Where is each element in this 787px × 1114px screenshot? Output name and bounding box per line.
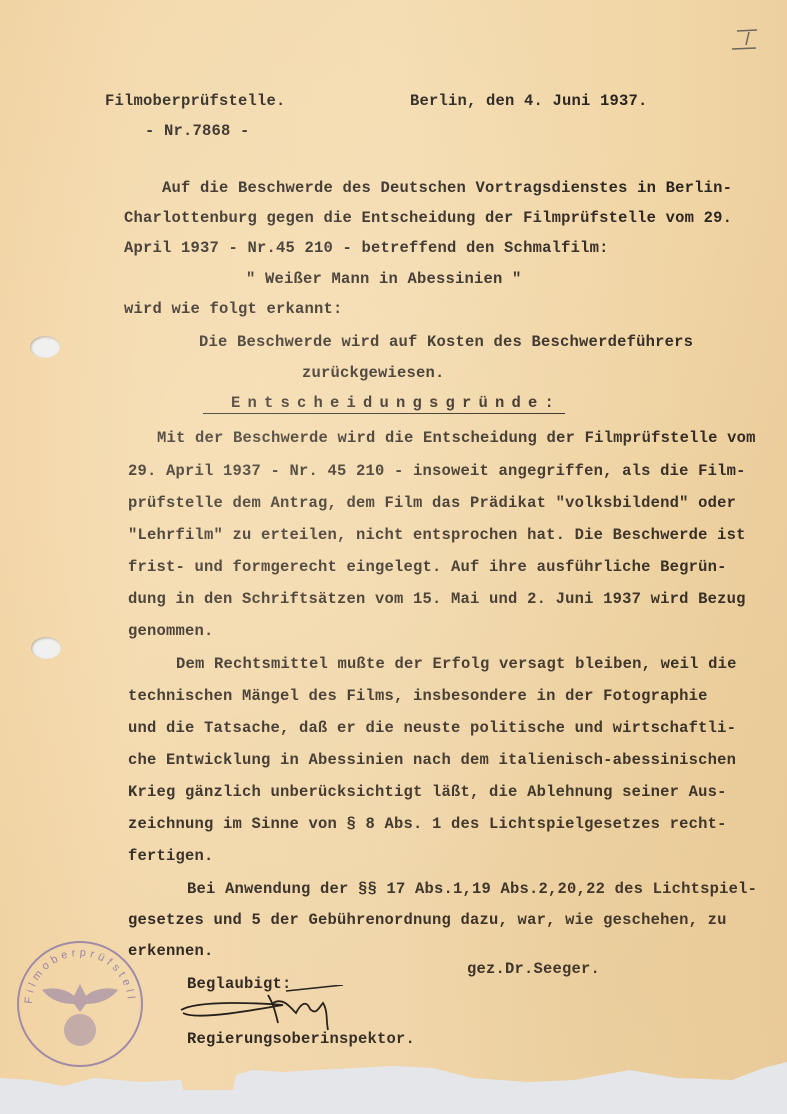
certifier-title: Regierungsoberinspektor. [187,1030,415,1048]
reasons-heading: Entscheidungsgründe: [203,394,565,414]
paragraph-line: dung in den Schriftsätzen vom 15. Mai un… [128,590,746,608]
paragraph-line: erkennen. [128,942,214,960]
document-page: Filmoberprüfstelle. Berlin, den 4. Juni … [0,0,787,1090]
paragraph-line: 29. April 1937 - Nr. 45 210 - insoweit a… [128,462,746,480]
official-stamp: Filmoberprüfstelle [14,938,146,1070]
paragraph-line: fertigen. [128,847,214,865]
paragraph-line: Dem Rechtsmittel mußte der Erfolg versag… [176,655,737,673]
reference-number: - Nr.7868 - [145,122,250,140]
punch-hole [30,336,60,358]
paragraph-line: che Entwicklung in Abessinien nach dem i… [128,751,736,769]
paragraph-line: Mit der Beschwerde wird die Entscheidung… [157,429,756,447]
intro-line: April 1937 - Nr.45 210 - betreffend den … [124,239,609,257]
ruling-line: Die Beschwerde wird auf Kosten des Besch… [199,333,693,351]
ruling-line: zurückgewiesen. [302,364,445,382]
stamp-text: Filmoberprüfstelle [14,938,137,1004]
paragraph-line: genommen. [128,622,214,640]
paragraph-line: und die Tatsache, daß er die neuste poli… [128,719,736,737]
punch-hole [31,637,61,659]
paragraph-line: Bei Anwendung der §§ 17 Abs.1,19 Abs.2,2… [187,880,757,898]
svg-text:Filmoberprüfstelle: Filmoberprüfstelle [14,938,137,1004]
intro-line: Charlottenburg gegen die Entscheidung de… [124,209,732,227]
handwritten-signature [178,985,358,1040]
paragraph-line: technischen Mängel des Films, insbesonde… [128,687,708,705]
authority-name: Filmoberprüfstelle. [105,92,286,110]
paragraph-line: zeichnung im Sinne von § 8 Abs. 1 des Li… [128,815,727,833]
place-date: Berlin, den 4. Juni 1937. [410,92,648,110]
paragraph-line: prüfstelle dem Antrag, dem Film das Präd… [128,494,736,512]
ruling-intro: wird wie folgt erkannt: [124,300,343,318]
paragraph-line: gesetzes und 5 der Gebührenordnung dazu,… [128,911,727,929]
certified-label: Beglaubigt: [187,975,292,993]
paragraph-line: frist- und formgerecht eingelegt. Auf ih… [128,558,727,576]
paragraph-line: Krieg gänzlich unberücksichtigt läßt, di… [128,783,727,801]
page-mark-icon [730,28,764,52]
paragraph-line: "Lehrfilm" zu erteilen, nicht entsproche… [128,526,746,544]
signed-by: gez.Dr.Seeger. [467,960,600,978]
film-title: " Weißer Mann in Abessinien " [246,270,522,288]
intro-line: Auf die Beschwerde des Deutschen Vortrag… [162,179,732,197]
